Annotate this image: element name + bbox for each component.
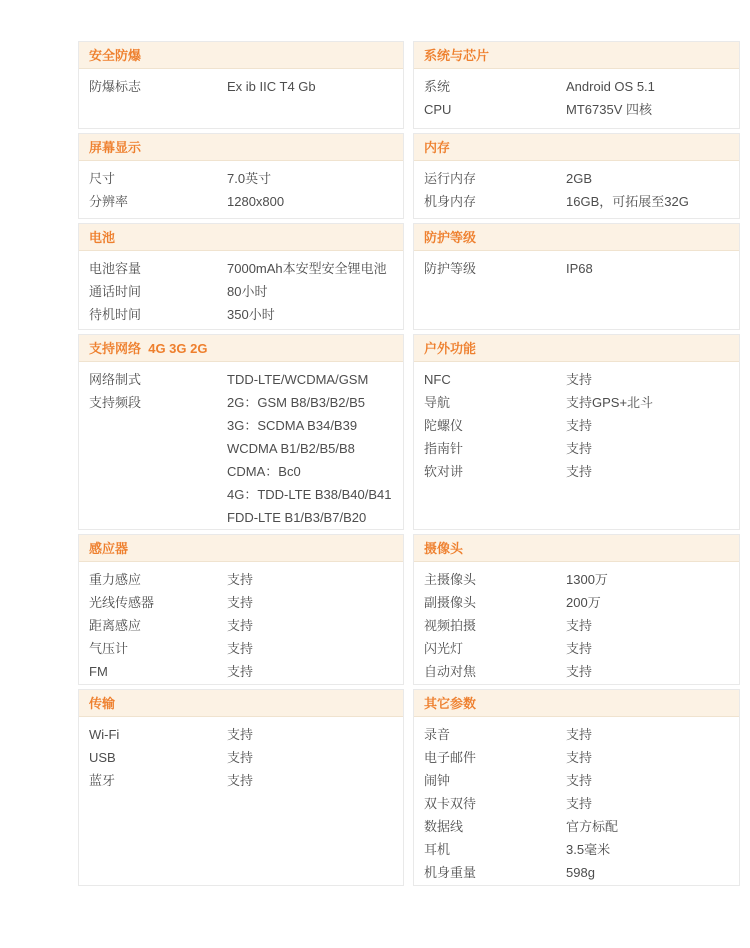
row-label: 闹钟: [424, 769, 566, 792]
section-title: 传输: [89, 696, 115, 711]
spec-row: Wi-Fi支持: [89, 723, 395, 746]
section-body: 网络制式TDD-LTE/WCDMA/GSM支持频段2G：GSM B8/B3/B2…: [79, 362, 403, 529]
row-value: 支持: [566, 660, 731, 683]
spec-row: 自动对焦支持: [424, 660, 731, 683]
row-value: 1300万: [566, 568, 731, 591]
section-body: 防护等级IP68: [414, 251, 739, 329]
spec-section: 感应器重力感应支持光线传感器支持距离感应支持气压计支持FM支持: [78, 534, 404, 685]
section-title: 户外功能: [424, 341, 476, 356]
row-value: 支持: [227, 723, 395, 746]
value-line: 2G：GSM B8/B3/B2/B5: [227, 391, 395, 414]
row-value: 官方标配: [566, 815, 731, 838]
spec-row: 蓝牙支持: [89, 769, 395, 792]
spec-row: 尺寸7.0英寸: [89, 167, 395, 190]
spec-row: 网络制式TDD-LTE/WCDMA/GSM: [89, 368, 395, 391]
row-value: 支持: [566, 414, 731, 437]
row-value: 支持: [566, 460, 731, 483]
value-line: 4G：TDD-LTE B38/B40/B41: [227, 483, 395, 506]
section-body: 重力感应支持光线传感器支持距离感应支持气压计支持FM支持: [79, 562, 403, 684]
row-label: 分辨率: [89, 190, 227, 213]
section-body: 录音支持电子邮件支持闹钟支持双卡双待支持数据线官方标配耳机3.5毫米机身重量59…: [414, 717, 739, 885]
row-label: 运行内存: [424, 167, 566, 190]
section-body: 电池容量7000mAh本安型安全锂电池通话时间80小时待机时间350小时: [79, 251, 403, 329]
section-title: 支持网络 4G 3G 2G: [89, 341, 207, 356]
spec-column-right: 系统与芯片系统Android OS 5.1CPUMT6735V 四核内存运行内存…: [413, 41, 740, 886]
spec-section: 户外功能NFC支持导航支持GPS+北斗陀螺仪支持指南针支持软对讲支持: [413, 334, 740, 530]
row-label: 电子邮件: [424, 746, 566, 769]
spec-table: 安全防爆防爆标志Ex ib IIC T4 Gb屏幕显示尺寸7.0英寸分辨率128…: [0, 0, 750, 886]
row-value: 支持: [566, 368, 731, 391]
spec-row: 运行内存2GB: [424, 167, 731, 190]
section-title: 内存: [424, 140, 450, 155]
spec-row: 防护等级IP68: [424, 257, 731, 280]
value-line: WCDMA B1/B2/B5/B8: [227, 437, 395, 460]
spec-row: 重力感应支持: [89, 568, 395, 591]
section-title: 感应器: [89, 541, 128, 556]
section-title: 摄像头: [424, 541, 463, 556]
spec-row: 导航支持GPS+北斗: [424, 391, 731, 414]
section-title: 防护等级: [424, 230, 476, 245]
spec-section: 内存运行内存2GB机身内存16GB，可拓展至32G: [413, 133, 740, 219]
value-line: CDMA：Bc0: [227, 460, 395, 483]
row-label: 陀螺仪: [424, 414, 566, 437]
row-value: 支持: [227, 614, 395, 637]
section-header: 内存: [414, 134, 739, 161]
section-body: 运行内存2GB机身内存16GB，可拓展至32G: [414, 161, 739, 218]
spec-row: CPUMT6735V 四核: [424, 98, 731, 121]
spec-section: 摄像头主摄像头1300万副摄像头200万视频拍摄支持闪光灯支持自动对焦支持: [413, 534, 740, 685]
row-label: 通话时间: [89, 280, 227, 303]
row-label: 耳机: [424, 838, 566, 861]
row-value: MT6735V 四核: [566, 98, 731, 121]
spec-row: 指南针支持: [424, 437, 731, 460]
spec-row: 机身重量598g: [424, 861, 731, 884]
spec-row: 待机时间350小时: [89, 303, 395, 326]
row-label: 防护等级: [424, 257, 566, 280]
section-body: 防爆标志Ex ib IIC T4 Gb: [79, 69, 403, 128]
row-value: TDD-LTE/WCDMA/GSM: [227, 368, 395, 391]
row-value: 350小时: [227, 303, 395, 326]
spec-row: USB支持: [89, 746, 395, 769]
row-label: USB: [89, 746, 227, 769]
spec-row: 闹钟支持: [424, 769, 731, 792]
section-header: 安全防爆: [79, 42, 403, 69]
spec-column-left: 安全防爆防爆标志Ex ib IIC T4 Gb屏幕显示尺寸7.0英寸分辨率128…: [78, 41, 404, 886]
spec-section: 传输Wi-Fi支持USB支持蓝牙支持: [78, 689, 404, 886]
row-value: 支持: [227, 568, 395, 591]
row-value: 支持: [566, 437, 731, 460]
section-header: 传输: [79, 690, 403, 717]
row-value: 200万: [566, 591, 731, 614]
row-label: 导航: [424, 391, 566, 414]
spec-row: 耳机3.5毫米: [424, 838, 731, 861]
spec-section: 电池电池容量7000mAh本安型安全锂电池通话时间80小时待机时间350小时: [78, 223, 404, 330]
row-value: 2G：GSM B8/B3/B2/B53G：SCDMA B34/B39WCDMA …: [227, 391, 395, 529]
section-header: 感应器: [79, 535, 403, 562]
section-header: 支持网络 4G 3G 2G: [79, 335, 403, 362]
row-label: 数据线: [424, 815, 566, 838]
spec-row: 气压计支持: [89, 637, 395, 660]
row-label: 尺寸: [89, 167, 227, 190]
section-body: 系统Android OS 5.1CPUMT6735V 四核: [414, 69, 739, 128]
spec-section: 系统与芯片系统Android OS 5.1CPUMT6735V 四核: [413, 41, 740, 129]
row-label: 气压计: [89, 637, 227, 660]
row-value: 7.0英寸: [227, 167, 395, 190]
row-value: 支持: [566, 792, 731, 815]
section-title: 电池: [89, 230, 115, 245]
spec-section: 防护等级防护等级IP68: [413, 223, 740, 330]
row-value: Android OS 5.1: [566, 75, 731, 98]
row-value: 支持: [566, 769, 731, 792]
spec-row: 防爆标志Ex ib IIC T4 Gb: [89, 75, 395, 98]
spec-row: 陀螺仪支持: [424, 414, 731, 437]
row-value: 7000mAh本安型安全锂电池: [227, 257, 395, 280]
row-label: 待机时间: [89, 303, 227, 326]
section-header: 屏幕显示: [79, 134, 403, 161]
row-label: 指南针: [424, 437, 566, 460]
row-value: 3.5毫米: [566, 838, 731, 861]
spec-row: 电子邮件支持: [424, 746, 731, 769]
row-label: 系统: [424, 75, 566, 98]
row-value: 支持: [566, 723, 731, 746]
spec-row: 通话时间80小时: [89, 280, 395, 303]
spec-row: 支持频段2G：GSM B8/B3/B2/B53G：SCDMA B34/B39WC…: [89, 391, 395, 529]
spec-row: 距离感应支持: [89, 614, 395, 637]
row-label: 距离感应: [89, 614, 227, 637]
section-title: 安全防爆: [89, 48, 141, 63]
section-header: 户外功能: [414, 335, 739, 362]
row-value: 80小时: [227, 280, 395, 303]
spec-section: 其它参数录音支持电子邮件支持闹钟支持双卡双待支持数据线官方标配耳机3.5毫米机身…: [413, 689, 740, 886]
spec-row: 副摄像头200万: [424, 591, 731, 614]
row-value: 支持: [227, 591, 395, 614]
spec-section: 安全防爆防爆标志Ex ib IIC T4 Gb: [78, 41, 404, 129]
spec-row: 视频拍摄支持: [424, 614, 731, 637]
row-value: 支持: [227, 637, 395, 660]
row-label: 软对讲: [424, 460, 566, 483]
row-label: 防爆标志: [89, 75, 227, 98]
value-line: 3G：SCDMA B34/B39: [227, 414, 395, 437]
row-label: 录音: [424, 723, 566, 746]
spec-section: 支持网络 4G 3G 2G网络制式TDD-LTE/WCDMA/GSM支持频段2G…: [78, 334, 404, 530]
spec-row: 录音支持: [424, 723, 731, 746]
spec-row: 闪光灯支持: [424, 637, 731, 660]
section-header: 电池: [79, 224, 403, 251]
section-body: NFC支持导航支持GPS+北斗陀螺仪支持指南针支持软对讲支持: [414, 362, 739, 529]
section-title: 系统与芯片: [424, 48, 489, 63]
row-label: 电池容量: [89, 257, 227, 280]
row-label: 视频拍摄: [424, 614, 566, 637]
row-value: 支持: [227, 746, 395, 769]
row-label: 双卡双待: [424, 792, 566, 815]
spec-row: 主摄像头1300万: [424, 568, 731, 591]
section-body: 主摄像头1300万副摄像头200万视频拍摄支持闪光灯支持自动对焦支持: [414, 562, 739, 684]
row-value: 支持: [227, 769, 395, 792]
row-label: 蓝牙: [89, 769, 227, 792]
row-value: 支持: [227, 660, 395, 683]
row-label: NFC: [424, 368, 566, 391]
row-value: 16GB，可拓展至32G: [566, 190, 731, 213]
row-value: 支持: [566, 614, 731, 637]
row-label: Wi-Fi: [89, 723, 227, 746]
row-value: Ex ib IIC T4 Gb: [227, 75, 395, 98]
row-value: 支持: [566, 746, 731, 769]
value-line: FDD-LTE B1/B3/B7/B20: [227, 506, 395, 529]
row-label: 网络制式: [89, 368, 227, 391]
section-header: 系统与芯片: [414, 42, 739, 69]
spec-row: 光线传感器支持: [89, 591, 395, 614]
spec-row: 软对讲支持: [424, 460, 731, 483]
row-value: IP68: [566, 257, 731, 280]
spec-row: NFC支持: [424, 368, 731, 391]
section-title: 屏幕显示: [89, 140, 141, 155]
row-label: 光线传感器: [89, 591, 227, 614]
row-value: 支持: [566, 637, 731, 660]
spec-row: 双卡双待支持: [424, 792, 731, 815]
row-label: 支持频段: [89, 391, 227, 414]
spec-section: 屏幕显示尺寸7.0英寸分辨率1280x800: [78, 133, 404, 219]
section-header: 防护等级: [414, 224, 739, 251]
section-title: 其它参数: [424, 696, 476, 711]
row-value: 598g: [566, 861, 731, 884]
section-header: 摄像头: [414, 535, 739, 562]
row-label: 自动对焦: [424, 660, 566, 683]
row-label: 重力感应: [89, 568, 227, 591]
row-label: 副摄像头: [424, 591, 566, 614]
row-label: 闪光灯: [424, 637, 566, 660]
spec-row: 机身内存16GB，可拓展至32G: [424, 190, 731, 213]
spec-row: FM支持: [89, 660, 395, 683]
spec-row: 系统Android OS 5.1: [424, 75, 731, 98]
section-body: Wi-Fi支持USB支持蓝牙支持: [79, 717, 403, 885]
section-header: 其它参数: [414, 690, 739, 717]
spec-row: 分辨率1280x800: [89, 190, 395, 213]
row-value: 支持GPS+北斗: [566, 391, 731, 414]
spec-row: 电池容量7000mAh本安型安全锂电池: [89, 257, 395, 280]
row-label: 主摄像头: [424, 568, 566, 591]
row-label: FM: [89, 660, 227, 683]
row-value: 2GB: [566, 167, 731, 190]
row-value: 1280x800: [227, 190, 395, 213]
spec-row: 数据线官方标配: [424, 815, 731, 838]
row-label: CPU: [424, 98, 566, 121]
section-body: 尺寸7.0英寸分辨率1280x800: [79, 161, 403, 218]
row-label: 机身重量: [424, 861, 566, 884]
row-label: 机身内存: [424, 190, 566, 213]
